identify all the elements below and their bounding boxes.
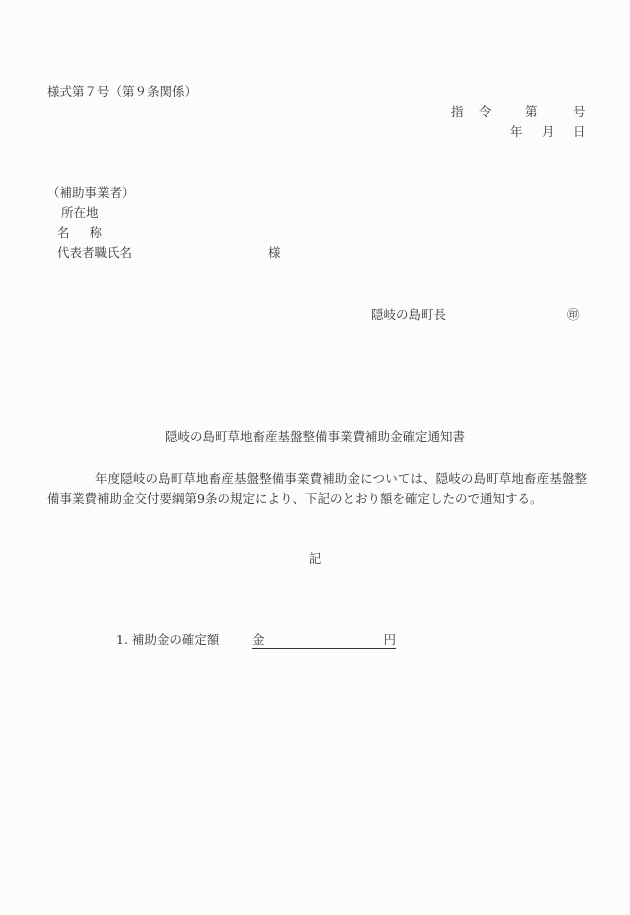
reference-number: 指 令 第 号 <box>451 104 586 120</box>
seal-icon: ㊞ <box>567 307 580 323</box>
recipient-name-label-1: 名 <box>57 225 70 240</box>
body-paragraph: 年度隠岐の島町草地畜産基盤整備事業費補助金については、隠岐の島町草地畜産基盤整備… <box>47 469 587 509</box>
recipient-name-label-2: 称 <box>90 225 103 240</box>
amount-suffix: 円 <box>383 632 396 648</box>
amount-prefix: 金 <box>252 632 265 648</box>
recipient-representative-label: 代表者職氏名 <box>57 245 132 261</box>
issuer-name: 隠岐の島町長 <box>371 307 446 323</box>
recipient-name-label: 名称 <box>57 225 102 241</box>
recipient-honorific: 様 <box>268 245 281 261</box>
item-label: 1. 補助金の確定額 <box>116 632 219 648</box>
recipient-address-label: 所在地 <box>61 205 99 221</box>
date-month: 月 <box>542 124 555 140</box>
reference-rei: 令 <box>479 104 492 120</box>
amount-field: 金 円 <box>252 632 396 649</box>
date-day: 日 <box>573 124 586 140</box>
form-number: 様式第７号（第９条関係） <box>47 84 197 100</box>
document-title: 隠岐の島町草地畜産基盤整備事業費補助金確定通知書 <box>0 429 630 445</box>
reference-shi: 指 <box>451 104 464 120</box>
recipient-label: （補助事業者） <box>47 185 135 201</box>
ki-heading: 記 <box>0 551 630 567</box>
reference-go: 号 <box>573 104 586 120</box>
reference-dai: 第 <box>525 104 538 120</box>
date-year: 年 <box>510 124 523 140</box>
issue-date: 年 月 日 <box>510 124 586 140</box>
